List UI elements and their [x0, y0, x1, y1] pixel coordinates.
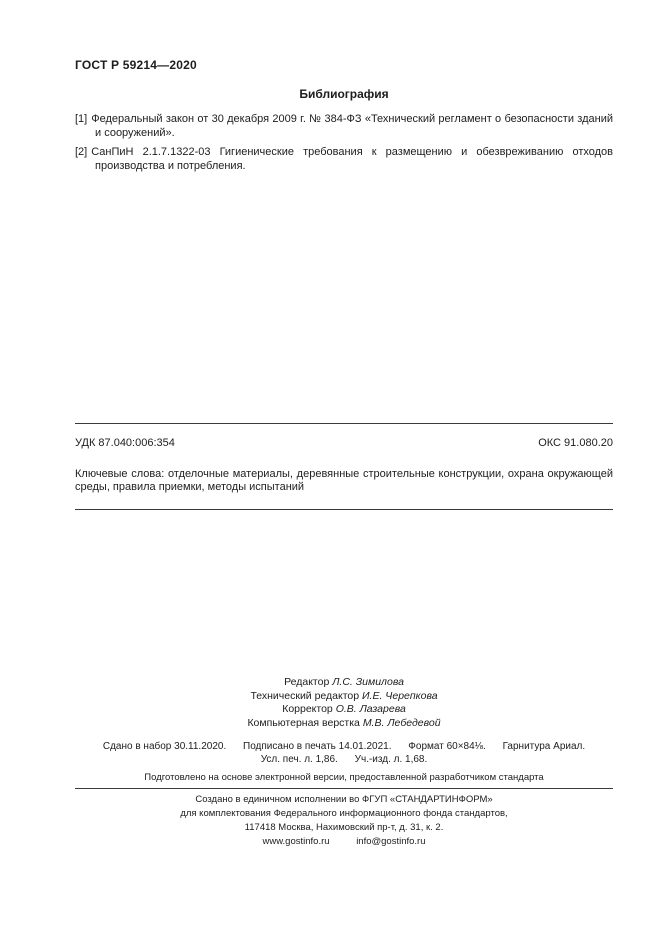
imprint-line-1: Сдано в набор 30.11.2020. Подписано в пе… — [75, 740, 613, 753]
credit-role: Корректор — [282, 703, 333, 715]
imprint-set-date: Сдано в набор 30.11.2020. — [103, 741, 226, 752]
publisher-line-1: Создано в единичном исполнении во ФГУП «… — [75, 793, 613, 807]
imprint-print-date: Подписано в печать 14.01.2021. — [243, 741, 391, 752]
oks-code: ОКС 91.080.20 — [538, 437, 613, 449]
publisher-line-2: для комплектования Федерального информац… — [75, 807, 613, 821]
credit-role: Редактор — [284, 676, 329, 688]
publisher-contact-line: www.gostinfo.ru info@gostinfo.ru — [75, 835, 613, 849]
keywords-paragraph: Ключевые слова: отделочные материалы, де… — [75, 468, 613, 494]
bibliography-entry: [1]Федеральный закон от 30 декабря 2009 … — [75, 113, 613, 140]
imprint-format: Формат 60×84⅛. — [408, 741, 486, 752]
credit-line: Компьютерная верстка М.В. Лебедевой — [75, 717, 613, 731]
document-page: ГОСТ Р 59214—2020 Библиография [1]Федера… — [0, 0, 661, 935]
udk-code: УДК 87.040:006:354 — [75, 437, 175, 449]
credit-name: М.В. Лебедевой — [363, 717, 441, 729]
horizontal-rule-middle — [75, 509, 613, 510]
publisher-email: info@gostinfo.ru — [356, 836, 425, 847]
horizontal-rule-top — [75, 423, 613, 424]
publisher-block: Создано в единичном исполнении во ФГУП «… — [75, 793, 613, 849]
publisher-address: 117418 Москва, Нахимовский пр-т, д. 31, … — [75, 821, 613, 835]
credit-name: И.Е. Черепкова — [362, 690, 438, 702]
bibliography-list: [1]Федеральный закон от 30 декабря 2009 … — [75, 113, 613, 179]
imprint-typeface: Гарнитура Ариал. — [503, 741, 586, 752]
credit-name: Л.С. Зимилова — [332, 676, 404, 688]
imprint-block: Сдано в набор 30.11.2020. Подписано в пе… — [75, 740, 613, 766]
bibliography-ref-number: [1] — [75, 113, 91, 125]
imprint-cond-sheets: Усл. печ. л. 1,86. — [261, 754, 338, 765]
credit-name: О.В. Лазарева — [336, 703, 406, 715]
bibliography-ref-number: [2] — [75, 146, 91, 158]
section-title: Библиография — [75, 87, 613, 101]
imprint-acc-sheets: Уч.-изд. л. 1,68. — [355, 754, 428, 765]
bibliography-entry: [2]СанПиН 2.1.7.1322-03 Гигиенические тр… — [75, 146, 613, 173]
credit-line: Корректор О.В. Лазарева — [75, 703, 613, 717]
credit-role: Компьютерная верстка — [247, 717, 359, 729]
credits-block: Редактор Л.С. Зимилова Технический редак… — [75, 676, 613, 730]
credit-role: Технический редактор — [250, 690, 359, 702]
credit-line: Редактор Л.С. Зимилова — [75, 676, 613, 690]
publisher-website: www.gostinfo.ru — [262, 836, 329, 847]
imprint-line-2: Усл. печ. л. 1,86. Уч.-изд. л. 1,68. — [75, 753, 613, 766]
classification-row: УДК 87.040:006:354 ОКС 91.080.20 — [75, 437, 613, 449]
credit-line: Технический редактор И.Е. Черепкова — [75, 690, 613, 704]
horizontal-rule-bottom — [75, 788, 613, 789]
doc-code: ГОСТ Р 59214—2020 — [75, 58, 197, 72]
bibliography-entry-text: СанПиН 2.1.7.1322-03 Гигиенические требо… — [91, 146, 613, 172]
prepared-note: Подготовлено на основе электронной верси… — [75, 772, 613, 783]
bibliography-entry-text: Федеральный закон от 30 декабря 2009 г. … — [91, 113, 613, 139]
